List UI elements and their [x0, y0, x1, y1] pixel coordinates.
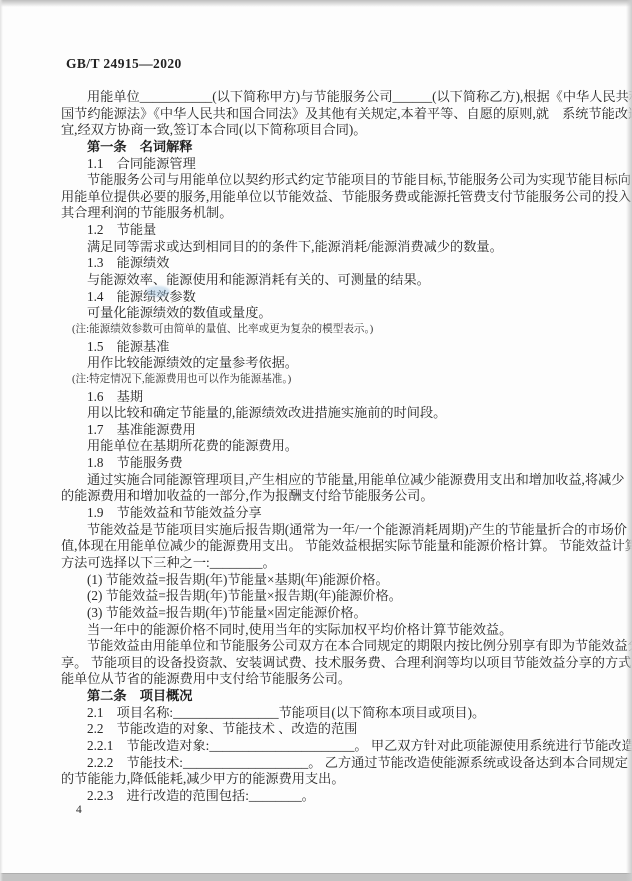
text-line: 的能源费用和增加收益的一部分,作为报酬支付给节能服务公司。 [61, 488, 564, 505]
text-line: 节能服务公司与用能单位以契约形式约定节能项目的节能目标,节能服务公司为实现节能目… [61, 172, 564, 189]
scan-smudge-artifact [146, 286, 170, 297]
text-line: 2.2 节能改造的对象、节能技术 、改造的范围 [61, 721, 564, 738]
text-line: 2.2.1 节能改造对象:______________________。 甲乙双… [61, 738, 564, 755]
text-line: 1.6 基期 [61, 389, 564, 406]
text-line: 通过实施合同能源管理项目,产生相应的节能量,用能单位减少能源费用支出和增加收益,… [61, 472, 564, 489]
text-line: (注:能源绩效参数可由简单的量值、比率或更为复杂的模型表示。) [61, 322, 564, 339]
text-line: 1.5 能源基准 [61, 339, 564, 356]
text-line: 1.3 能源绩效 [61, 255, 564, 272]
scanned-contract-page: GB/T 24915—2020 用能单位___________(以下简称甲方)与… [0, 0, 632, 881]
text-line: 宜,经双方协商一致,签订本合同(以下简称项目合同)。 [61, 122, 564, 139]
text-line: (3) 节能效益=报告期(年)节能量×固定能源价格。 [61, 605, 564, 622]
text-line: 用能单位___________(以下简称甲方)与节能服务公司______(以下简… [61, 89, 564, 106]
contract-body-text: 用能单位___________(以下简称甲方)与节能服务公司______(以下简… [61, 89, 564, 805]
text-line: (2) 节能效益=报告期(年)节能量×报告期(年)能源价格。 [61, 588, 564, 605]
text-line: 满足同等需求或达到相同目的的条件下,能源消耗/能源消费减少的数量。 [61, 239, 564, 256]
text-line: 用以比较和确定节能量的,能源绩效改进措施实施前的时间段。 [61, 405, 564, 422]
text-line: 2.2.2 节能技术:___________________。 乙方通过节能改造… [61, 755, 564, 772]
text-line: (注:特定情况下,能源费用也可以作为能源基准。) [61, 372, 564, 389]
text-line: 第二条 项目概况 [61, 688, 564, 705]
text-line: 1.1 合同能源管理 [61, 156, 564, 173]
text-line: 其合理利润的节能服务机制。 [61, 205, 564, 222]
text-line: 用能单位提供必要的服务,用能单位以节能效益、节能服务费或能源托管费支付节能服务公… [61, 189, 564, 206]
text-line: 当一年中的能源价格不同时,使用当年的实际加权平均价格计算节能效益。 [61, 622, 564, 639]
text-line: 1.4 能源绩效参数 [61, 289, 564, 306]
text-line: 1.2 节能量 [61, 222, 564, 239]
text-line: 用能单位在基期所花费的能源费用。 [61, 438, 564, 455]
text-line: 1.7 基准能源费用 [61, 422, 564, 439]
text-line: 节能效益是节能项目实施后报告期(通常为一年/一个能源消耗周期)产生的节能量折合的… [61, 522, 564, 539]
text-line: 节能效益由用能单位和节能服务公司双方在本合同规定的期限内按比例分别享有即为节能效… [61, 638, 564, 655]
scan-edge-top [0, 0, 632, 7]
text-line: 享。 节能项目的设备投资款、安装调试费、技术服务费、合理利润等均以项目节能效益分… [61, 655, 564, 672]
text-line: 第一条 名词解释 [61, 139, 564, 156]
text-line: 能单位从节省的能源费用中支付给节能服务公司。 [61, 671, 564, 688]
text-line: 可量化能源绩效的数值或量度。 [61, 305, 564, 322]
text-line: 2.1 项目名称:________________节能项目(以下简称本项目或项目… [61, 705, 564, 722]
text-line: 1.9 节能效益和节能效益分享 [61, 505, 564, 522]
text-line: 2.2.3 进行改造的范围包括:________。 [61, 788, 564, 805]
text-line: 方法可选择以下三种之一:________。 [61, 555, 564, 572]
page-number: 4 [76, 804, 82, 816]
text-line: 值,体现在用能单位减少的能源费用支出。 节能效益根据实际节能量和能源价格计算。 … [61, 538, 564, 555]
text-line: (1) 节能效益=报告期(年)节能量×基期(年)能源价格。 [61, 572, 564, 589]
text-line: 的节能能力,降低能耗,减少甲方的能源费用支出。 [61, 771, 564, 788]
scan-edge-right [626, 0, 632, 881]
scan-edge-left [0, 0, 3, 881]
text-line: 与能源效率、能源使用和能源消耗有关的、可测量的结果。 [61, 272, 564, 289]
text-line: 国节约能源法》《中华人民共和国合同法》及其他有关规定,本着平等、自愿的原则,就 … [61, 106, 564, 123]
scan-edge-bottom [0, 873, 632, 881]
text-line: 用作比较能源绩效的定量参考依据。 [61, 355, 564, 372]
text-line: 1.8 节能服务费 [61, 455, 564, 472]
standard-code-header: GB/T 24915—2020 [66, 56, 182, 72]
